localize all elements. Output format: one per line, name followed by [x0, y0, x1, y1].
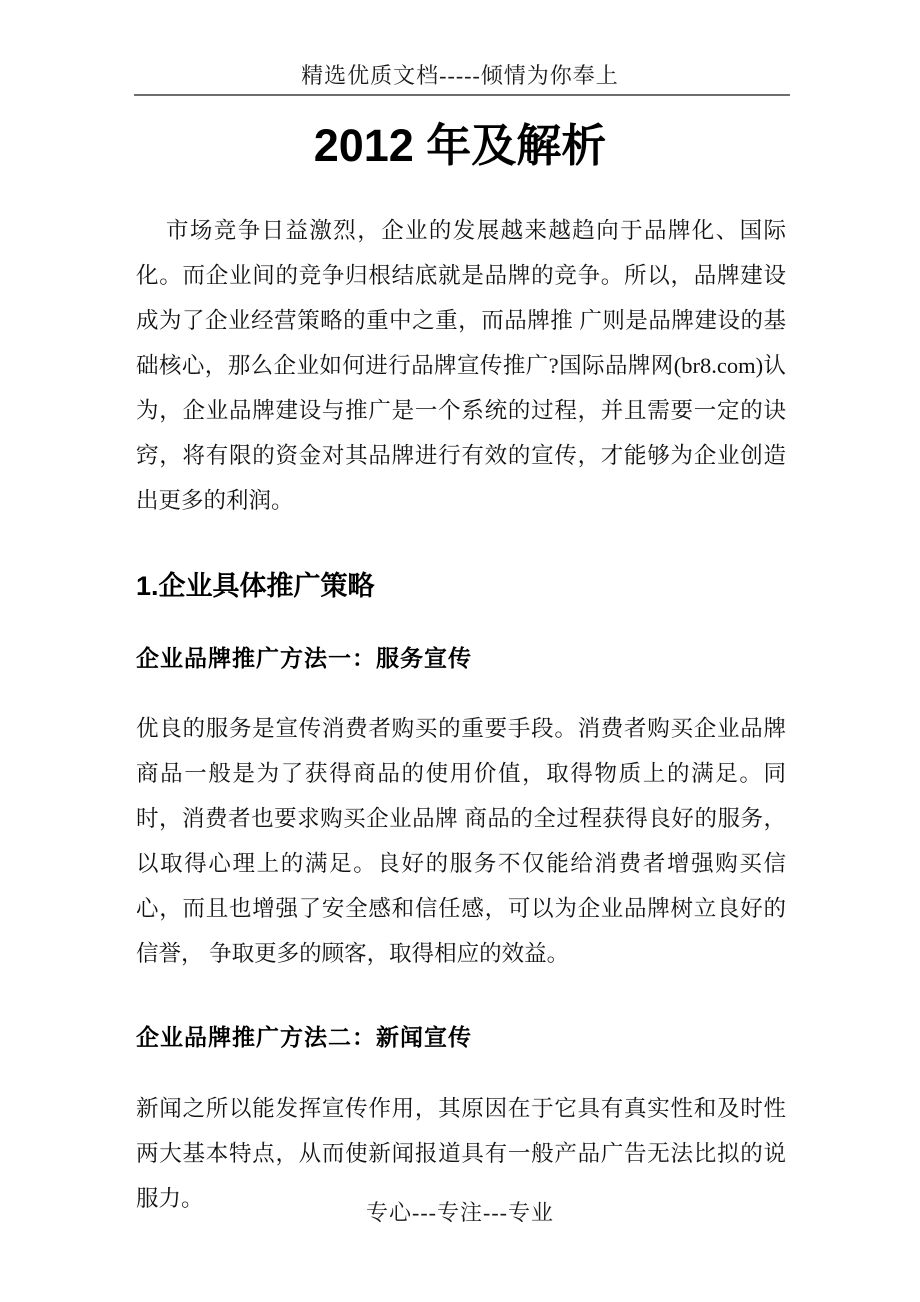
subheading-method1: 企业品牌推广方法一：服务宣传	[136, 643, 786, 675]
section-heading-strategy: 1.企业具体推广策略	[136, 568, 786, 604]
method1-paragraph: 优良的服务是宣传消费者购买的重要手段。消费者购买企业品牌商品一般是为了获得商品的…	[136, 706, 786, 976]
page-title: 2012 年及解析	[0, 116, 920, 176]
subheading-method2: 企业品牌推广方法二：新闻宣传	[136, 1022, 786, 1054]
header-slogan: 精选优质文档-----倾情为你奉上	[0, 62, 920, 90]
document-page: 精选优质文档-----倾情为你奉上 2012 年及解析 市场竞争日益激烈，企业的…	[0, 0, 920, 1302]
footer-slogan: 专心---专注---专业	[0, 1198, 920, 1228]
intro-paragraph: 市场竞争日益激烈，企业的发展越来越趋向于品牌化、国际化。而企业间的竞争归根结底就…	[136, 208, 786, 523]
header-divider	[134, 94, 790, 96]
